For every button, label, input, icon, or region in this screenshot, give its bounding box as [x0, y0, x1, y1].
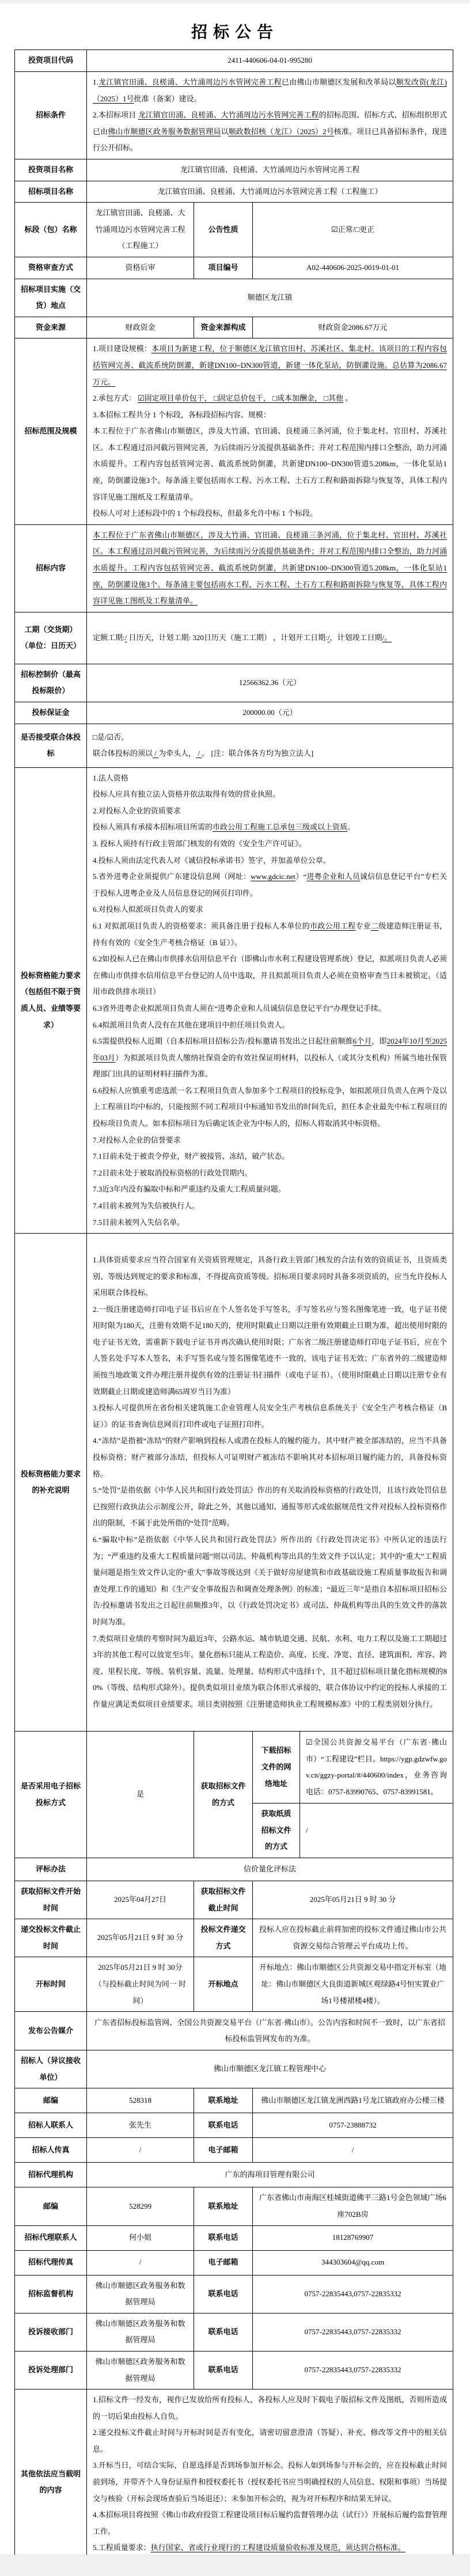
- text-line: 7.对投标人企业的信誉要求: [93, 1132, 447, 1149]
- text-line: 528299: [93, 2198, 188, 2215]
- text-line: 佛山市顺德区政务服务和数据管理局: [93, 2354, 188, 2387]
- field-value: ☑全国公共资源交易平台（广东省·佛山市）“工程建设”栏目。https://ygp…: [300, 1732, 453, 1803]
- text-line: 1.项目建设规模：本项目为新建工程，位于顺德区龙江镇官田村、苏溪社区、集北村。该…: [93, 341, 447, 390]
- field-value: 定额工期:/ 日历天，计划工期: 320日历天（施工工期） ，计划开工日期:/，…: [87, 612, 453, 664]
- table-row: 招标人传真/电子邮箱/: [15, 2138, 453, 2163]
- text-line: 资格审查方式: [21, 260, 81, 276]
- text-line: 招标项目名称: [21, 184, 81, 200]
- table-row: 投标资格能力要求的补充说明1.具体资质要求应当符合国家有关资质管理规定，具备行政…: [15, 1234, 453, 1732]
- text-line: /: [259, 2142, 447, 2159]
- table-row: 邮编528318联系地址佛山市顺德区龙江镇龙洲西路1号龙江镇政府办公楼三楼: [15, 2088, 453, 2113]
- field-label: 联系电话: [194, 2351, 253, 2389]
- table-row: 招标控制价（最高投标限价）12566362.36（元）: [15, 664, 453, 702]
- field-label: 联系电话: [194, 2113, 253, 2138]
- text-line: 招标条件: [21, 107, 81, 124]
- text-line: 电子邮箱: [200, 2142, 247, 2159]
- text-line: 0757-22835443,0757-22835332: [259, 2362, 447, 2379]
- field-value: 财政资金2086.67万元: [253, 317, 453, 338]
- field-label: 递交投标文件截止时间: [15, 1919, 87, 1957]
- text-line: 递交投标文件截止时间: [21, 1921, 81, 1954]
- field-value: 1.法人资格投标人应具有独立法人资格并依法取得有效的营业执照。2.对投标人企业的…: [87, 767, 453, 1234]
- text-line: 广东省佛山市南海区桂城街道佛平三路1号金色领域广场6座702B房: [259, 2190, 447, 2223]
- field-label: 是否采用电子招标投标方式: [15, 1732, 87, 1858]
- field-value: 佛山市顺德区龙江镇龙洲西路1号龙江镇政府办公楼三楼: [253, 2088, 453, 2113]
- text-line: 6.5需提供投标人近期（自本招标项目招标公告/投标邀请书发出之日起往前顺推6个月…: [93, 1033, 447, 1083]
- text-line: ☑正常/□更正: [259, 222, 447, 238]
- field-label: 邮编: [15, 2088, 87, 2113]
- field-label: 电子邮箱: [194, 2138, 253, 2163]
- text-line: 联系电话: [200, 2286, 247, 2303]
- text-line: 佛山市顺德区龙江镇龙洲西路1号龙江镇政府办公楼三楼: [259, 2092, 447, 2109]
- text-line: 佛山市顺德区龙江镇工程管理中心: [93, 2061, 447, 2077]
- text-line: 5.“处罚”是指依据《中华人民共和国行政处罚法》作出的有关取消投标资格的行政处罚…: [93, 1482, 447, 1532]
- text-line: 招标内容: [21, 560, 81, 577]
- text-line: 龙江镇官田涌、良槎涌、大竹涌周边污水管网完善工程（工程施工）: [93, 205, 188, 254]
- text-line: 资格后审: [93, 260, 188, 276]
- field-label: 项目编号: [194, 257, 253, 279]
- field-value: 0757-23888732: [253, 2113, 453, 2138]
- text-line: 龙江镇官田涌、良槎涌、大竹涌周边污水管网完善工程（工程施工）: [93, 184, 447, 200]
- text-line: 1.法人资格: [93, 770, 447, 787]
- text-line: 7.1目前未处于被责令停业，财产被接管、冻结，破产状态。: [93, 1148, 447, 1165]
- field-value: ☑正常/□更正: [253, 203, 453, 257]
- text-line: 电子邮箱: [200, 2254, 247, 2271]
- text-line: 0757-22835443,0757-22835332: [259, 2286, 447, 2303]
- text-line: 1.招标文件一经发布，视作已发放给所有投标人，各投标人应及时下载电子版招标文件及…: [93, 2392, 447, 2425]
- text-line: 2411-440606-04-01-995280: [93, 52, 447, 69]
- field-label: 招标内容: [15, 524, 87, 612]
- field-label: 投资项目名称: [15, 159, 87, 181]
- text-line: 7.3近3年内没有骗取中标和严重违约及重大工程质量问题。: [93, 1181, 447, 1198]
- text-line: 2.一级注册建造师打印电子证书后应在个人签名处手写签名，手写签名应与签名图像笔迹…: [93, 1302, 447, 1401]
- field-label: 招标监督机构: [15, 2275, 87, 2313]
- field-value: 张先生: [87, 2113, 194, 2138]
- field-label: 获取招标文件开始时间: [15, 1881, 87, 1919]
- table-row: 是否接受联合体投标□是/☑否。联合体投标的须以 / 为牵头人， / 。 [注：联…: [15, 724, 453, 767]
- text-line: 2.承包方式： ☑固定项目单价包干， □固定总价包干， □成本加酬金， □其他 …: [93, 390, 447, 407]
- field-label: 标段（包）名称: [15, 203, 87, 257]
- field-value: 2025年04月27日: [87, 1881, 194, 1919]
- field-label: 开标时间: [15, 1957, 87, 2012]
- text-line: 邮编: [21, 2092, 81, 2109]
- text-line: 5.省外进粤企业须提供广东建设信息网（网址：www.gdcic.net）“进粤企…: [93, 869, 447, 901]
- table-row: 招标代理机构广东的海项目管理有限公司: [15, 2163, 453, 2187]
- text-line: 招标人（异议接收单位）: [21, 2053, 81, 2086]
- field-label: 招标项目名称: [15, 181, 87, 203]
- field-label: 下载招标文件的网络地址: [253, 1732, 300, 1803]
- text-line: 招标代理传真: [21, 2254, 81, 2271]
- field-label: 工期（交货期）（单位：日历天）: [15, 612, 87, 664]
- text-line: 本工程位于广东省佛山市顺德区，涉及大竹涌、官田涌、良槎涌三条河涌，位于集北村、官…: [93, 423, 447, 505]
- field-value: 财政资金: [87, 317, 194, 338]
- field-label: 招标人联系人: [15, 2113, 87, 2138]
- field-label: 招标项目实施（交货）地点: [15, 279, 87, 317]
- text-line: 何小姐: [93, 2229, 188, 2246]
- table-row: 获取招标文件开始时间2025年04月27日获取招标文件截止时间2025年05月2…: [15, 1881, 453, 1919]
- table-row: 发布公告媒介广东省招标投标监管网、全国公共资源交易平台（广东省·佛山市）。公告内…: [15, 2012, 453, 2050]
- field-label: 联系电话: [194, 2225, 253, 2250]
- text-line: 联系电话: [200, 2229, 247, 2246]
- field-label: 公告性质: [194, 203, 253, 257]
- text-line: 2.递交投标文件截止时间与开标时间是否有变化，请密切留意澄清（答疑）、补充、修改…: [93, 2425, 447, 2457]
- text-line: 投标资格能力要求的补充说明: [21, 1466, 81, 1499]
- text-line: 是否接受联合体投标: [21, 729, 81, 762]
- text-line: 528318: [93, 2092, 188, 2109]
- table-row: 投诉接收部门佛山市顺德区政务服务和数据管理局联系电话0757-22835443,…: [15, 2313, 453, 2351]
- field-value: 528318: [87, 2088, 194, 2113]
- field-value: 0757-22835443,0757-22835332: [253, 2351, 453, 2389]
- field-value: /: [300, 1803, 453, 1858]
- table-row: 招标项目名称龙江镇官田涌、良槎涌、大竹涌周边污水管网完善工程（工程施工）: [15, 181, 453, 203]
- table-row: 资格审查方式资格后审项目编号A02-440606-2025-0019-01-01: [15, 257, 453, 279]
- table-row: 招标代理联系人何小姐联系电话18128769907: [15, 2225, 453, 2250]
- text-line: 7.4目前未被列为失信被执行人。: [93, 1198, 447, 1215]
- table-row: 招标代理传真/电子邮箱344303604@qq.com: [15, 2250, 453, 2275]
- field-label: 联系地址: [194, 2088, 253, 2113]
- field-value: 2025年05月21日 9 时 30分（与投标截止时间为同一 时间）: [87, 1957, 194, 2012]
- text-line: 资金来源构成: [200, 319, 247, 336]
- text-line: 6.“骗取中标”是指依据《中华人民共和国行政处罚法》所作出的《行政处罚决定书》中…: [93, 1532, 447, 1631]
- field-value: 1.项目建设规模：本项目为新建工程，位于顺德区龙江镇官田村、苏溪社区、集北村。该…: [87, 338, 453, 525]
- field-value: 开标地点：佛山市顺德区公共资源交易中指定开标室（地址：佛山市顺德区大良街道新城区…: [253, 1957, 453, 2012]
- text-line: 投标文件递交方式: [200, 1921, 247, 1954]
- text-line: 标段（包）名称: [21, 222, 81, 238]
- text-line: 获取纸质招标文件的方式: [259, 1806, 294, 1855]
- field-label: 评标办法: [15, 1858, 87, 1881]
- text-line: 投诉处理部门: [21, 2362, 81, 2379]
- field-label: 发布公告媒介: [15, 2012, 87, 2050]
- field-label: 投标文件递交方式: [194, 1919, 253, 1957]
- field-value: 2025年05月21日 9 时 30 分: [253, 1881, 453, 1919]
- text-line: 2.本招标项目 龙江镇官田涌、良槎涌、大竹涌周边污水管网完善工程的招标范围、招标…: [93, 107, 447, 157]
- text-line: 评标办法: [21, 1861, 81, 1878]
- field-label: 招标代理机构: [15, 2163, 87, 2187]
- text-line: 18128769907: [259, 2229, 447, 2246]
- page-title: 招标公告: [0, 20, 470, 43]
- text-line: 2025年05月21日 9 时 30 分: [93, 1930, 188, 1946]
- field-value: 资格后审: [87, 257, 194, 279]
- field-value: 佛山市顺德区政务服务和数据管理局: [87, 2351, 194, 2389]
- text-line: 联系电话: [200, 2362, 247, 2379]
- table-row: 递交投标文件截止时间2025年05月21日 9 时 30 分投标文件递交方式投标…: [15, 1919, 453, 1957]
- table-row: 开标时间2025年05月21日 9 时 30分（与投标截止时间为同一 时间）开标…: [15, 1957, 453, 2012]
- field-value: 龙江镇官田涌、良槎涌、大竹涌周边污水管网完善工程: [87, 159, 453, 181]
- field-value: 广东省招标投标监管网、全国公共资源交易平台（广东省·佛山市）。公告内容和时间不一…: [87, 2012, 453, 2050]
- text-line: 2025年05月21日 9 时 30 分: [259, 1892, 447, 1908]
- table-row: 资金来源财政资金资金来源构成财政资金2086.67万元: [15, 317, 453, 338]
- text-line: 招标控制价（最高投标限价）: [21, 667, 81, 699]
- field-label: 邮编: [15, 2187, 87, 2225]
- text-line: 广东的海项目管理有限公司: [93, 2167, 447, 2183]
- text-line: 6.4拟派项目负责人没有在其他在建项目中担任项目负责人。: [93, 1017, 447, 1034]
- text-line: 招标代理联系人: [21, 2229, 81, 2246]
- text-line: 佛山市顺德区政务服务和数据管理局: [93, 2278, 188, 2311]
- table-row: 招标人（异议接收单位）佛山市顺德区龙江镇工程管理中心: [15, 2050, 453, 2088]
- text-line: /: [306, 1822, 447, 1839]
- field-label: 投标资格能力要求的补充说明: [15, 1234, 87, 1732]
- text-line: 邮编: [21, 2198, 81, 2215]
- field-value: 顺德区龙江镇: [87, 279, 453, 317]
- field-value: 佛山市顺德区龙江镇工程管理中心: [87, 2050, 453, 2088]
- field-label: 电子邮箱: [194, 2250, 253, 2275]
- field-label: 招标条件: [15, 72, 87, 159]
- text-line: 6.对投标人拟派项目负责人的要求: [93, 901, 447, 918]
- text-line: 投标保证金: [21, 705, 81, 721]
- field-value: 200000.00（元）: [87, 702, 453, 724]
- text-line: 开标地点: [200, 1976, 247, 1993]
- field-label: 招标控制价（最高投标限价）: [15, 664, 87, 702]
- field-value: 投标人应在投标截止前将加密的投标文件通过佛山市公共资源交易综合管理云平台成功上传…: [253, 1919, 453, 1957]
- text-line: 0757-23888732: [259, 2117, 447, 2134]
- table-row: 其他依法应当载明的内容1.招标文件一经发布，视作已发放给所有投标人，各投标人应及…: [15, 2389, 453, 2576]
- text-line: 4.投标人须由法定代表人对《诚信投标承诺书》签字，并加盖单位公章。: [93, 853, 447, 869]
- table-row: 招标内容本工程位于广东省佛山市顺德区，涉及大竹涌、官田涌、良槎涌三条河涌，位于集…: [15, 524, 453, 612]
- field-value: 是: [87, 1732, 194, 1858]
- text-line: □是/☑否。: [93, 729, 447, 746]
- text-line: 投标资格能力要求: [21, 968, 81, 984]
- table-row: 投资项目代码2411-440606-04-01-995280: [15, 50, 453, 72]
- text-line: 资金来源: [21, 319, 81, 336]
- text-line: 其他依法应当载明的内容: [21, 2466, 81, 2499]
- text-line: 3. 投标人须持有行政主管部门核发的有效的《安全生产许可证》。: [93, 836, 447, 853]
- field-value: 344303604@qq.com: [253, 2250, 453, 2275]
- field-label: 招标代理传真: [15, 2250, 87, 2275]
- table-row: 投标资格能力要求（包括但不限于资质人员、业绩等要求）1.法人资格投标人应具有独立…: [15, 767, 453, 1234]
- text-line: 招标范围及规模: [21, 423, 81, 440]
- text-line: 顺德区龙江镇: [93, 290, 447, 306]
- field-value: /: [253, 2138, 453, 2163]
- field-value: 2025年05月21日 9 时 30 分: [87, 1919, 194, 1957]
- text-line: 联系地址: [200, 2198, 247, 2215]
- field-label: 投诉处理部门: [15, 2351, 87, 2389]
- field-value: □是/☑否。联合体投标的须以 / 为牵头人， / 。 [注：联合体各方均为独立法…: [87, 724, 453, 767]
- tender-table-body: 投资项目代码2411-440606-04-01-995280招标条件1.龙江镇官…: [15, 50, 453, 2576]
- text-line: 投诉接收部门: [21, 2324, 81, 2341]
- field-value: 本工程位于广东省佛山市顺德区，涉及大竹涌、官田涌、良槎涌三条河涌，位于集北村、官…: [87, 524, 453, 612]
- text-line: 佛山市顺德区政务服务和数据管理局: [93, 2316, 188, 2349]
- field-value: /: [87, 2138, 194, 2163]
- text-line: 2.对投标人企业的资质要求: [93, 803, 447, 820]
- text-line: 4.本招标项目将按照《佛山市政府投资工程建设项目标后履约监督管理办法（试行）》开…: [93, 2507, 447, 2540]
- table-row: 招标人联系人张先生联系电话0757-23888732: [15, 2113, 453, 2138]
- text-line: 联系地址: [200, 2092, 247, 2109]
- table-row: 招标范围及规模1.项目建设规模：本项目为新建工程，位于顺德区龙江镇官田村、苏溪社…: [15, 338, 453, 525]
- text-line: 344303604@qq.com: [259, 2254, 447, 2271]
- text-line: 张先生: [93, 2117, 188, 2134]
- field-label: 联系地址: [194, 2187, 253, 2225]
- text-line: 投资项目名称: [21, 162, 81, 178]
- table-row: 招标条件1.龙江镇官田涌、良槎涌、大竹涌周边污水管网完善工程已由佛山市顺德区发展…: [15, 72, 453, 159]
- text-line: 投标人应具有独立法人资格并依法取得有效的营业执照。: [93, 786, 447, 803]
- field-label: 招标范围及规模: [15, 338, 87, 525]
- table-row: 邮编528299联系地址广东省佛山市南海区桂城街道佛平三路1号金色领域广场6座7…: [15, 2187, 453, 2225]
- table-row: 评标办法信价量化评标法: [15, 1858, 453, 1881]
- field-label: 投标保证金: [15, 702, 87, 724]
- field-label: 资格审查方式: [15, 257, 87, 279]
- field-value: 何小姐: [87, 2225, 194, 2250]
- text-line: 7.类似项目业绩的考察时间为最近3年，公路水运、城市轨道交通、民航、水利、电力工…: [93, 1631, 447, 1713]
- text-line: 6.3省外进粤企业拟派项目负责人须在“进粤企业和人员诚信信息登记平台”办理登记手…: [93, 1000, 447, 1017]
- text-line: 获取招标文件的方式: [200, 1778, 247, 1811]
- table-row: 投资项目名称龙江镇官田涌、良槎涌、大竹涌周边污水管网完善工程: [15, 159, 453, 181]
- text-line: 招标人传真: [21, 2142, 81, 2159]
- field-value: 2411-440606-04-01-995280: [87, 50, 453, 72]
- text-line: 投标人可对上述标段中的 1 个标段投标，但最多允许中标 1 个标段。: [93, 505, 447, 522]
- field-value: /: [87, 2250, 194, 2275]
- text-line: 1.具体资质要求应当符合国家有关资质管理规定，具备行政主管部门核发的合法有效的资…: [93, 1252, 447, 1302]
- field-value: 龙江镇官田涌、良槎涌、大竹涌周边污水管网完善工程（工程施工）: [87, 203, 194, 257]
- text-line: 7.5目前未被列入失信名单。: [93, 1215, 447, 1231]
- text-line: 龙江镇官田涌、良槎涌、大竹涌周边污水管网完善工程: [93, 162, 447, 178]
- field-value: 1.具体资质要求应当符合国家有关资质管理规定，具备行政主管部门核发的合法有效的资…: [87, 1234, 453, 1732]
- field-value: 528299: [87, 2187, 194, 2225]
- document-page: 招标公告 投资项目代码2411-440606-04-01-995280招标条件1…: [0, 0, 470, 2576]
- text-line: 3.开标当日，可结合实际，自愿选择是否到场参加开标会。投标人如到场参与开标会的，…: [93, 2457, 447, 2507]
- field-value: 1.龙江镇官田涌、良槎涌、大竹涌周边污水管网完善工程已由佛山市顺德区发展和改革局…: [87, 72, 453, 159]
- field-value: 龙江镇官田涌、良槎涌、大竹涌周边污水管网完善工程（工程施工）: [87, 181, 453, 203]
- text-line: 获取招标文件截止时间: [200, 1884, 247, 1916]
- field-label: 获取招标文件截止时间: [194, 1881, 253, 1919]
- field-value: 12566362.36（元）: [87, 664, 453, 702]
- text-line: 下载招标文件的网络地址: [259, 1742, 294, 1792]
- page-top-strip: [0, 0, 470, 3]
- table-row: 投诉处理部门佛山市顺德区政务服务和数据管理局联系电话0757-22835443,…: [15, 2351, 453, 2389]
- field-label: 是否接受联合体投标: [15, 724, 87, 767]
- text-line: 财政资金2086.67万元: [259, 319, 447, 336]
- text-line: 联合体投标的须以 / 为牵头人， / 。 [注：联合体各方均为独立法人]: [93, 745, 447, 762]
- text-line: 6.6投标人应慎重考虑选派一名工程项目负责人参加多个工程项目的投标竞争，如拟派项…: [93, 1083, 447, 1132]
- table-row: 标段（包）名称龙江镇官田涌、良槎涌、大竹涌周边污水管网完善工程（工程施工）公告性…: [15, 203, 453, 257]
- text-line: ☑全国公共资源交易平台（广东省·佛山市）“工程建设”栏目。https://ygp…: [306, 1734, 447, 1800]
- text-line: 4.“冻结”是指被“冻结”的财产影响到投标人或潜在投标人的履约能力。其中财产被全…: [93, 1433, 447, 1482]
- text-line: 招标人联系人: [21, 2117, 81, 2134]
- text-line: 公告性质: [200, 222, 247, 238]
- text-line: 本工程位于广东省佛山市顺德区，涉及大竹涌、官田涌、良槎涌三条河涌，位于集北村、官…: [93, 527, 447, 610]
- text-line: 2025年04月27日: [93, 1892, 188, 1908]
- field-value: 广东的海项目管理有限公司: [87, 2163, 453, 2187]
- text-line: 工期（交货期）（单位：日历天）: [21, 622, 81, 655]
- text-line: 3.本招标工程共分 1 个标段，各标段招标内容、规模：: [93, 407, 447, 424]
- table-row: 是否采用电子招标投标方式是获取招标文件的方式下载招标文件的网络地址☑全国公共资源…: [15, 1732, 453, 1803]
- text-line: 7.2目前未处于被取消投标资格的行政处罚期内。: [93, 1165, 447, 1182]
- field-value: 佛山市顺德区政务服务和数据管理局: [87, 2275, 194, 2313]
- page-bottom-strip: [0, 2555, 470, 2576]
- field-value: 信价量化评标法: [87, 1858, 453, 1881]
- field-label: 其他依法应当载明的内容: [15, 2389, 87, 2576]
- text-line: 开标地点：佛山市顺德区公共资源交易中指定开标室（地址：佛山市顺德区大良街道新城区…: [259, 1959, 447, 2009]
- text-line: 项目编号: [200, 260, 247, 276]
- text-line: 定额工期:/ 日历天，计划工期: 320日历天（施工工期） ，计划开工日期:/，…: [93, 630, 447, 646]
- table-row: 工期（交货期）（单位：日历天）定额工期:/ 日历天，计划工期: 320日历天（施…: [15, 612, 453, 664]
- text-line: 200000.00（元）: [93, 705, 447, 721]
- text-line: 获取招标文件开始时间: [21, 1884, 81, 1916]
- tender-table: 投资项目代码2411-440606-04-01-995280招标条件1.龙江镇官…: [14, 50, 453, 2576]
- text-line: A02-440606-2025-0019-01-01: [259, 260, 447, 276]
- field-value: 广东省佛山市南海区桂城街道佛平三路1号金色领域广场6座702B房: [253, 2187, 453, 2225]
- field-label: 投资项目代码: [15, 50, 87, 72]
- field-value: A02-440606-2025-0019-01-01: [253, 257, 453, 279]
- field-label: 投标资格能力要求（包括但不限于资质人员、业绩等要求）: [15, 767, 87, 1234]
- text-line: 招标项目实施（交货）地点: [21, 281, 81, 314]
- text-line: （包括但不限于资质人员、业绩等要求）: [21, 984, 81, 1033]
- text-line: 2025年05月21日 9 时 30分（与投标截止时间为同一 时间）: [93, 1959, 188, 2009]
- text-line: 财政资金: [93, 319, 188, 336]
- text-line: 开标时间: [21, 1976, 81, 1993]
- table-row: 招标项目实施（交货）地点顺德区龙江镇: [15, 279, 453, 317]
- text-line: 广东省招标投标监管网、全国公共资源交易平台（广东省·佛山市）。公告内容和时间不一…: [93, 2015, 447, 2048]
- text-line: 投标人应在投标截止前将加密的投标文件通过佛山市公共资源交易综合管理云平台成功上传…: [259, 1921, 447, 1954]
- text-line: 是: [93, 1786, 188, 1803]
- text-line: /: [93, 2142, 188, 2159]
- field-value: 1.招标文件一经发布，视作已发放给所有投标人，各投标人应及时下载电子版招标文件及…: [87, 2389, 453, 2576]
- text-line: 0757-22835443,0757-22835332: [259, 2324, 447, 2341]
- text-line: 联系电话: [200, 2324, 247, 2341]
- text-line: 招标监督机构: [21, 2286, 81, 2303]
- table-row: 投标保证金200000.00（元）: [15, 702, 453, 724]
- field-label: 联系电话: [194, 2275, 253, 2313]
- text-line: 招标代理机构: [21, 2167, 81, 2183]
- field-label: 招标代理联系人: [15, 2225, 87, 2250]
- table-row: 招标监督机构佛山市顺德区政务服务和数据管理局联系电话0757-22835443,…: [15, 2275, 453, 2313]
- field-label: 资金来源: [15, 317, 87, 338]
- text-line: 6.2如投标人已在佛山市供排水信用信息平台（即佛山市水利工程建设管理系统）登记，…: [93, 951, 447, 1000]
- field-label: 获取纸质招标文件的方式: [253, 1803, 300, 1858]
- field-label: 联系电话: [194, 2313, 253, 2351]
- text-line: 1.龙江镇官田涌、良槎涌、大竹涌周边污水管网完善工程已由佛山市顺德区发展和改革局…: [93, 74, 447, 107]
- text-line: 12566362.36（元）: [93, 675, 447, 691]
- field-value: 0757-22835443,0757-22835332: [253, 2275, 453, 2313]
- text-line: /: [93, 2254, 188, 2271]
- text-line: 3.投标人可提供所在省份相关建筑施工企业管理人员安全生产考核信息系统关于《安全生…: [93, 1400, 447, 1433]
- field-label: 资金来源构成: [194, 317, 253, 338]
- text-line: 发布公告媒介: [21, 2023, 81, 2040]
- field-value: 佛山市顺德区政务服务和数据管理局: [87, 2313, 194, 2351]
- field-label: 开标地点: [194, 1957, 253, 2012]
- field-value: 18128769907: [253, 2225, 453, 2250]
- text-line: 投标人须具有承接本招标项目所需的市政公用工程施工总承包三级或以上资质。: [93, 819, 447, 836]
- text-line: 联系电话: [200, 2117, 247, 2134]
- field-value: 0757-22835443,0757-22835332: [253, 2313, 453, 2351]
- field-label: 招标人（异议接收单位）: [15, 2050, 87, 2088]
- text-line: 是否采用电子招标投标方式: [21, 1778, 81, 1811]
- text-line: 信价量化评标法: [93, 1861, 447, 1878]
- text-line: 投资项目代码: [21, 52, 81, 69]
- field-label: 获取招标文件的方式: [194, 1732, 253, 1858]
- field-label: 投诉接收部门: [15, 2313, 87, 2351]
- field-label: 招标人传真: [15, 2138, 87, 2163]
- text-line: 6.1 对拟派项目负责人的资格要求：须具备注册于投标人本单位的市政公用工程专业二…: [93, 918, 447, 951]
